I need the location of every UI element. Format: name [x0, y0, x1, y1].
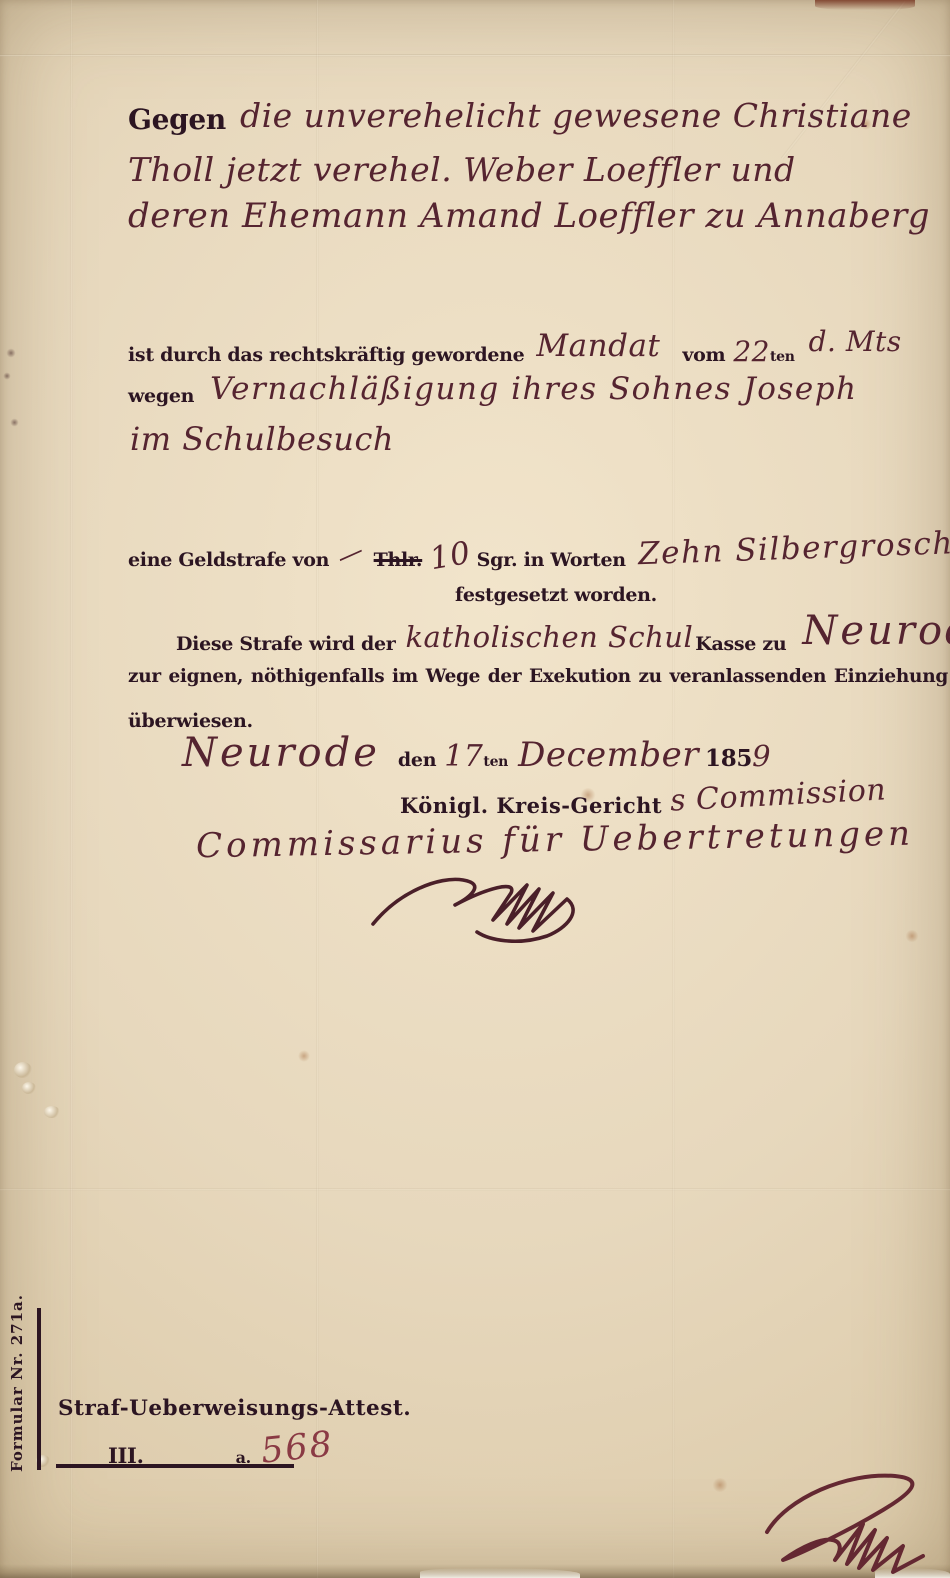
printed-festgesetzt: festgesetzt worden.: [455, 584, 657, 606]
hand-defendant-line3: deren Ehemann Amand Loeffler zu Annaberg: [128, 196, 930, 236]
fold-crease: [0, 1188, 950, 1191]
printed-sgr-in-worten: Sgr. in Worten: [477, 549, 626, 571]
date-line: Neurode den 17 ten December 185 9: [182, 730, 771, 776]
hand-fund-place: Neurode: [802, 608, 950, 654]
hand-mandate-day: 22: [733, 335, 770, 368]
vertical-form-label: Formular Nr. 271a.: [8, 1322, 26, 1472]
printed-ten-suffix-date: ten: [483, 754, 508, 770]
foxing-spot: [905, 930, 919, 942]
hand-fund-name: katholischen Schul: [405, 620, 693, 654]
fold-crease: [316, 0, 319, 1578]
printed-thaler-struck: Thlr.: [374, 549, 423, 571]
attest-title: Straf-Ueberweisungs-Attest.: [58, 1396, 411, 1421]
opening-line-1: Gegen die unverehelicht gewesene Christi…: [128, 98, 912, 137]
footer-horizontal-rule: [56, 1464, 294, 1468]
hand-fine-amount: 10: [427, 535, 473, 577]
footer-vertical-rule: [37, 1308, 41, 1470]
printed-gegen: Gegen: [128, 103, 226, 136]
edge-stain: [815, 0, 915, 10]
document-paper: Gegen die unverehelicht gewesene Christi…: [0, 0, 950, 1578]
mandate-line-1: ist durch das rechtskräftig gewordene Ma…: [128, 333, 902, 369]
printed-vom: vom: [682, 344, 725, 366]
tear-highlight: [420, 1568, 580, 1578]
transfer-line-3: überwiesen.: [128, 710, 253, 732]
hand-defendant-line1: die unverehelicht gewesene Christiane: [240, 96, 912, 135]
damage-spot: [44, 1106, 60, 1118]
hand-thaler-blank-stroke: —: [333, 535, 369, 573]
officer-line: Commissarius für Uebertretungen: [196, 820, 914, 860]
opening-line-3: deren Ehemann Amand Loeffler zu Annaberg: [128, 196, 930, 236]
mandate-line-2: wegen Vernachläßigung ihres Sohnes Josep…: [128, 374, 858, 410]
hand-mandate-word: Mandat: [536, 328, 660, 364]
printed-wegen: wegen: [128, 385, 194, 407]
printed-mandate-clause: ist durch das rechtskräftig gewordene: [128, 344, 524, 366]
court-official-signature: [365, 858, 665, 943]
hand-place-neurode: Neurode: [182, 730, 380, 776]
hand-date-day: 17: [444, 739, 483, 774]
fold-crease: [70, 0, 73, 1578]
hand-date-month: December: [518, 735, 699, 775]
printed-diese-strafe: Diese Strafe wird der: [176, 633, 395, 655]
opening-line-2: Tholl jetzt verehel. Weber Loeffler und: [128, 150, 796, 189]
printed-year-185: 185: [705, 745, 752, 772]
fold-crease: [0, 54, 950, 57]
ink-spot: [6, 348, 16, 358]
printed-ten-suffix: ten: [770, 349, 795, 365]
ink-spot: [10, 418, 19, 427]
printed-den: den: [398, 749, 436, 771]
printed-ueberwiesen: überwiesen.: [128, 710, 253, 732]
foxing-spot: [712, 1478, 728, 1492]
fine-line: eine Geldstrafe von — Thlr. 10 Sgr. in W…: [128, 538, 950, 574]
damage-spot: [14, 1062, 32, 1078]
ink-spot: [3, 372, 11, 380]
printed-kasse-zu: Kasse zu: [695, 633, 786, 655]
hand-commission: s Commission: [669, 772, 887, 818]
printed-court-name: Königl. Kreis-Gericht: [400, 793, 662, 818]
hand-month-abbrev: d. Mts: [809, 325, 902, 358]
mandate-line-3: im Schulbesuch: [130, 420, 394, 458]
damage-spot: [22, 1082, 36, 1094]
hand-offense: Vernachläßigung ihres Sohnes Joseph: [210, 371, 857, 407]
printed-fine-clause: eine Geldstrafe von: [128, 549, 329, 571]
hand-defendant-line2: Tholl jetzt verehel. Weber Loeffler und: [128, 150, 796, 189]
attest-title-line: Straf-Ueberweisungs-Attest.: [58, 1396, 411, 1421]
printed-transfer-body: zur eignen, nöthigenfalls im Wege der Ex…: [128, 666, 950, 687]
hand-year-digit: 9: [752, 739, 771, 773]
foxing-spot: [298, 1050, 310, 1062]
transfer-line-2: zur eignen, nöthigenfalls im Wege der Ex…: [128, 666, 950, 687]
transfer-line-1: Diese Strafe wird der katholischen Schul…: [176, 614, 950, 660]
tear-highlight: [875, 1568, 950, 1578]
festgesetzt-line: festgesetzt worden.: [455, 584, 657, 606]
hand-amount-in-words: Zehn Silbergroschen: [637, 524, 950, 572]
hand-offense-continued: im Schulbesuch: [130, 420, 394, 458]
bottom-right-signature: [755, 1468, 945, 1568]
